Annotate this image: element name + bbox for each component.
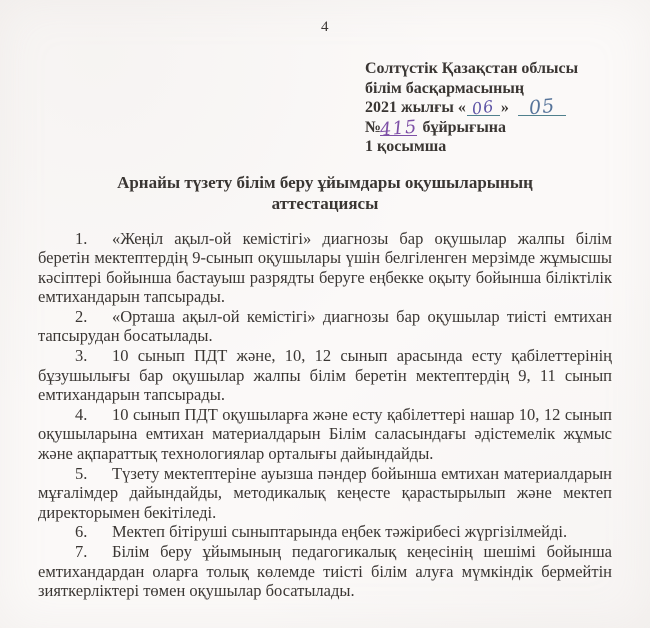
paragraph-number: 1. <box>75 229 112 249</box>
paragraph-text: Түзету мектептеріне ауызша пәндер бойынш… <box>38 464 612 522</box>
paragraph-number: 6. <box>75 522 112 542</box>
header-date-line: 2021 жылғы «06»05 <box>365 98 625 118</box>
paragraph-2: 2.«Орташа ақыл-ой кемістігі» диагнозы ба… <box>38 307 612 346</box>
paragraph-number: 3. <box>75 346 112 366</box>
paragraph-6: 6.Мектеп бітіруші сыныптарында еңбек тәж… <box>38 522 612 542</box>
page-number: 4 <box>38 18 612 37</box>
header-appendix-line: 1 қосымша <box>365 137 625 157</box>
order-header-block: Солтүстік Қазақстан облысы білім басқарм… <box>365 59 625 157</box>
paragraph-3: 3.10 сынып ПДТ және, 10, 12 сынып арасын… <box>38 346 612 405</box>
date-prefix: 2021 жылғы <box>365 99 454 116</box>
document-title-line1: Арнайы түзету білім беру ұйымдары оқушыл… <box>117 173 533 192</box>
scanned-document-page: 4 Солтүстік Қазақстан облысы білім басқа… <box>0 0 650 628</box>
paragraph-4: 4.10 сынып ПДТ оқушыларға және есту қабі… <box>38 405 612 464</box>
handwritten-day-value: 06 <box>471 99 495 116</box>
handwritten-day-field: 06 <box>467 100 500 116</box>
paragraph-5: 5.Түзету мектептеріне ауызша пәндер бойы… <box>38 464 612 523</box>
paragraph-1: 1.«Жеңіл ақыл-ой кемістігі» диагнозы бар… <box>38 229 612 307</box>
handwritten-month-value: 05 <box>528 99 556 116</box>
paragraph-number: 2. <box>75 307 112 327</box>
paragraph-text: Білім беру ұйымының педагогикалық кеңесі… <box>38 542 612 600</box>
close-guillemet: » <box>501 99 509 116</box>
paragraph-number: 5. <box>75 464 112 484</box>
paragraph-text: «Орташа ақыл-ой кемістігі» диагнозы бар … <box>38 307 612 346</box>
paragraph-text: Мектеп бітіруші сыныптарында еңбек тәжір… <box>112 522 567 541</box>
paragraph-text: 10 сынып ПДТ оқушыларға және есту қабіле… <box>38 405 612 463</box>
header-department-line: білім басқармасының <box>365 79 625 99</box>
paragraph-number: 4. <box>75 405 112 425</box>
handwritten-month-field: 05 <box>518 99 566 116</box>
document-title-line2: аттестациясы <box>272 194 379 213</box>
handwritten-order-number-value: 415 <box>380 120 418 137</box>
paragraph-7: 7.Білім беру ұйымының педагогикалық кеңе… <box>38 542 612 601</box>
paragraph-number: 7. <box>75 542 112 562</box>
paragraph-text: 10 сынып ПДТ және, 10, 12 сынып арасында… <box>38 346 612 404</box>
document-body: 1.«Жеңіл ақыл-ой кемістігі» диагнозы бар… <box>38 229 612 601</box>
header-order-number-line: №415бұйрығына <box>365 118 625 138</box>
handwritten-order-number-field: 415 <box>380 120 417 136</box>
header-region-line: Солтүстік Қазақстан облысы <box>365 59 625 79</box>
document-title: Арнайы түзету білім беру ұйымдары оқушыл… <box>38 172 612 214</box>
paragraph-text: «Жеңіл ақыл-ой кемістігі» диагнозы бар о… <box>38 229 612 307</box>
order-suffix: бұйрығына <box>422 119 506 136</box>
open-guillemet: « <box>458 99 466 116</box>
